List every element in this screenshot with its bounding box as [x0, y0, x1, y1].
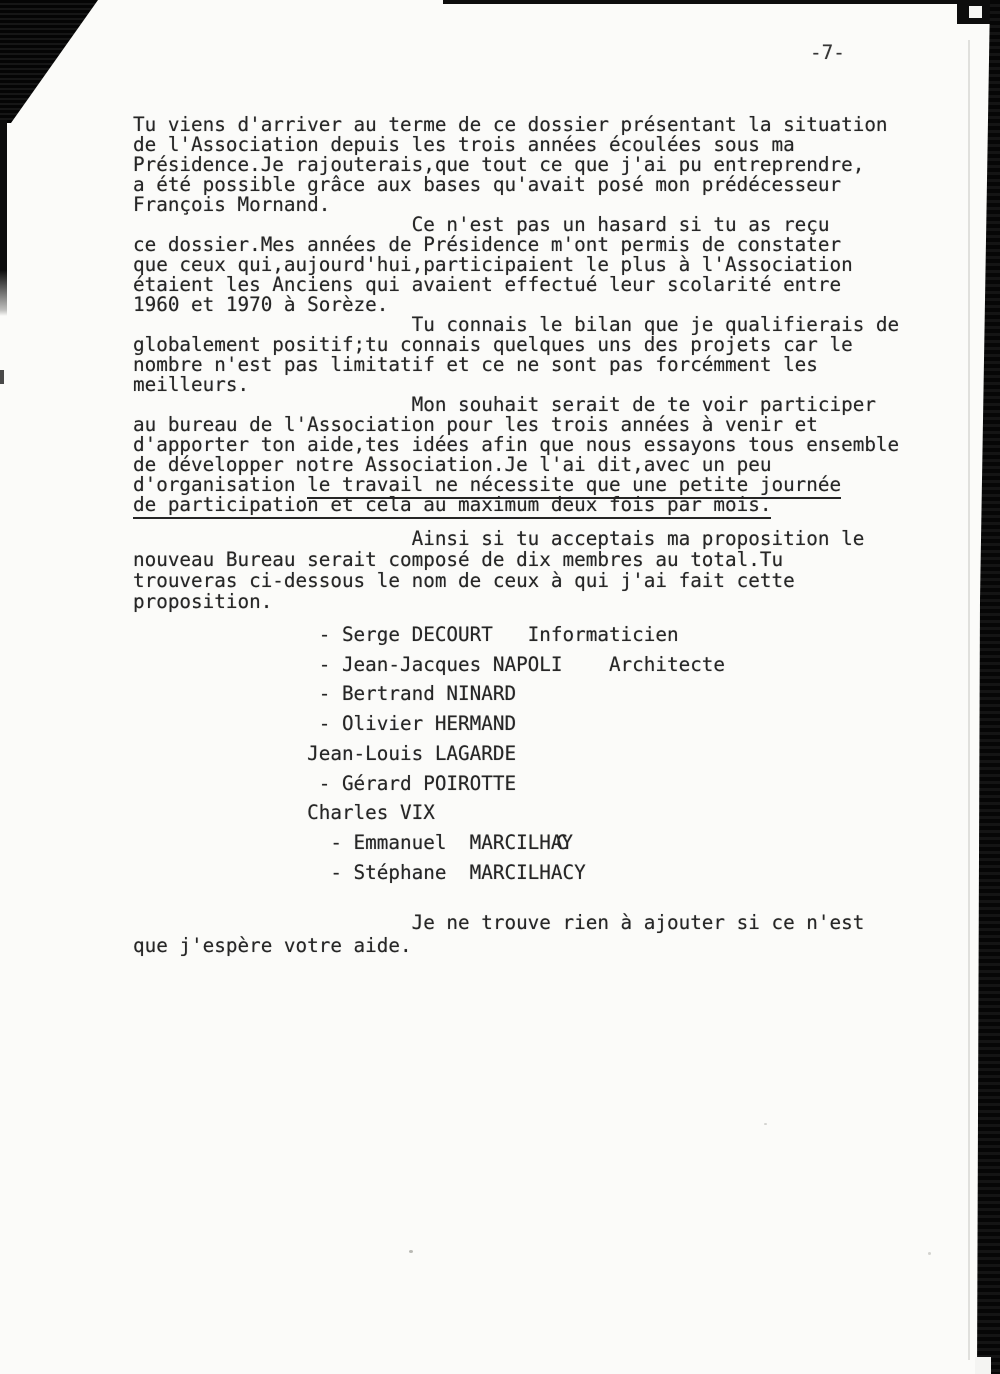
- closing-line: Je ne trouve rien à ajouter si ce n'est: [133, 911, 864, 934]
- letter-body-line: d'organisation le travail ne nécessite q…: [133, 475, 899, 495]
- letter-body-line: nombre n'est pas limitatif et ce ne sont…: [133, 355, 899, 375]
- closing-paragraph: Je ne trouve rien à ajouter si ce n'estq…: [133, 911, 864, 957]
- letter-body-line: meilleurs.: [133, 375, 899, 395]
- letter-body-line: Mon souhait serait de te voir participer: [133, 395, 899, 415]
- letter-body-line: globalement positif;tu connais quelques …: [133, 335, 899, 355]
- letter-body-line: a été possible grâce aux bases qu'avait …: [133, 175, 899, 195]
- letter-body-line: Tu viens d'arriver au terme de ce dossie…: [133, 115, 899, 135]
- scan-top-right-white-notch: [969, 6, 982, 18]
- scan-right-edge-artifact: [975, 0, 1000, 1374]
- letter-body-line: ce dossier.Mes années de Présidence m'on…: [133, 235, 899, 255]
- proposal-line: Ainsi si tu acceptais ma proposition le: [133, 528, 864, 549]
- scan-speck: [409, 1250, 413, 1253]
- proposed-members-list: - Serge DECOURT Informaticien - Jean-Jac…: [133, 620, 725, 887]
- letter-body-line: Présidence.Je rajouterais,que tout ce qu…: [133, 155, 899, 175]
- letter-body-line: Tu connais le bilan que je qualifierais …: [133, 315, 899, 335]
- letter-body-paragraphs: Tu viens d'arriver au terme de ce dossie…: [133, 115, 899, 515]
- letter-body-line: de l'Association depuis les trois années…: [133, 135, 899, 155]
- member-list-item: - Emmanuel MARCILHACY: [133, 828, 725, 858]
- scanned-document: { "colors": { "paper": "#fbfbf9", "ink":…: [0, 0, 1000, 1374]
- letter-body-line: 1960 et 1970 à Sorèze.: [133, 295, 899, 315]
- proposal-line: nouveau Bureau serait composé de dix mem…: [133, 549, 864, 570]
- scan-left-edge-artifact: [0, 120, 7, 316]
- paper-edge-shadow: [968, 40, 970, 1360]
- member-list-item: - Gérard POIROTTE: [133, 769, 725, 799]
- member-list-item: - Stéphane MARCILHACY: [133, 858, 725, 888]
- letter-body-line: au bureau de l'Association pour les troi…: [133, 415, 899, 435]
- proposal-paragraph: Ainsi si tu acceptais ma proposition len…: [133, 528, 864, 612]
- scan-speck: [928, 1252, 931, 1255]
- scan-left-speck-artifact: [0, 370, 4, 384]
- scan-top-edge-artifact: [443, 0, 988, 4]
- text-segment: Y: [561, 831, 573, 854]
- text-segment: AC: [551, 831, 561, 854]
- scan-corner-artifact: [0, 0, 98, 123]
- scan-bottom-right-white-notch: [975, 1357, 991, 1374]
- member-list-item: - Olivier HERMAND: [133, 709, 725, 739]
- member-list-item: - Serge DECOURT Informaticien: [133, 620, 725, 650]
- letter-body-line: Ce n'est pas un hasard si tu as reçu: [133, 215, 899, 235]
- letter-body-line: étaient les Anciens qui avaient effectué…: [133, 275, 899, 295]
- member-list-item: - Jean-Jacques NAPOLI Architecte: [133, 650, 725, 680]
- letter-body-line: François Mornand.: [133, 195, 899, 215]
- underlined-text: de participation et cela au maximum deux…: [133, 493, 771, 519]
- member-list-item: - Bertrand NINARD: [133, 679, 725, 709]
- proposal-line: trouveras ci-dessous le nom de ceux à qu…: [133, 570, 864, 591]
- scan-speck: [764, 1123, 767, 1125]
- letter-body-line: que ceux qui,aujourd'hui,participaient l…: [133, 255, 899, 275]
- member-list-item: Jean-Louis LAGARDE: [133, 739, 725, 769]
- proposal-line: proposition.: [133, 591, 864, 612]
- closing-line: que j'espère votre aide.: [133, 934, 864, 957]
- text-segment: - Emmanuel MARCILH: [133, 831, 551, 854]
- member-list-item: Charles VIX: [133, 798, 725, 828]
- letter-page-sheet: -7- Tu viens d'arriver au terme de ce do…: [0, 0, 1000, 1374]
- letter-body-line: de développer notre Association.Je l'ai …: [133, 455, 899, 475]
- page-number: -7-: [810, 42, 845, 64]
- letter-body-line: d'apporter ton aide,tes idées afin que n…: [133, 435, 899, 455]
